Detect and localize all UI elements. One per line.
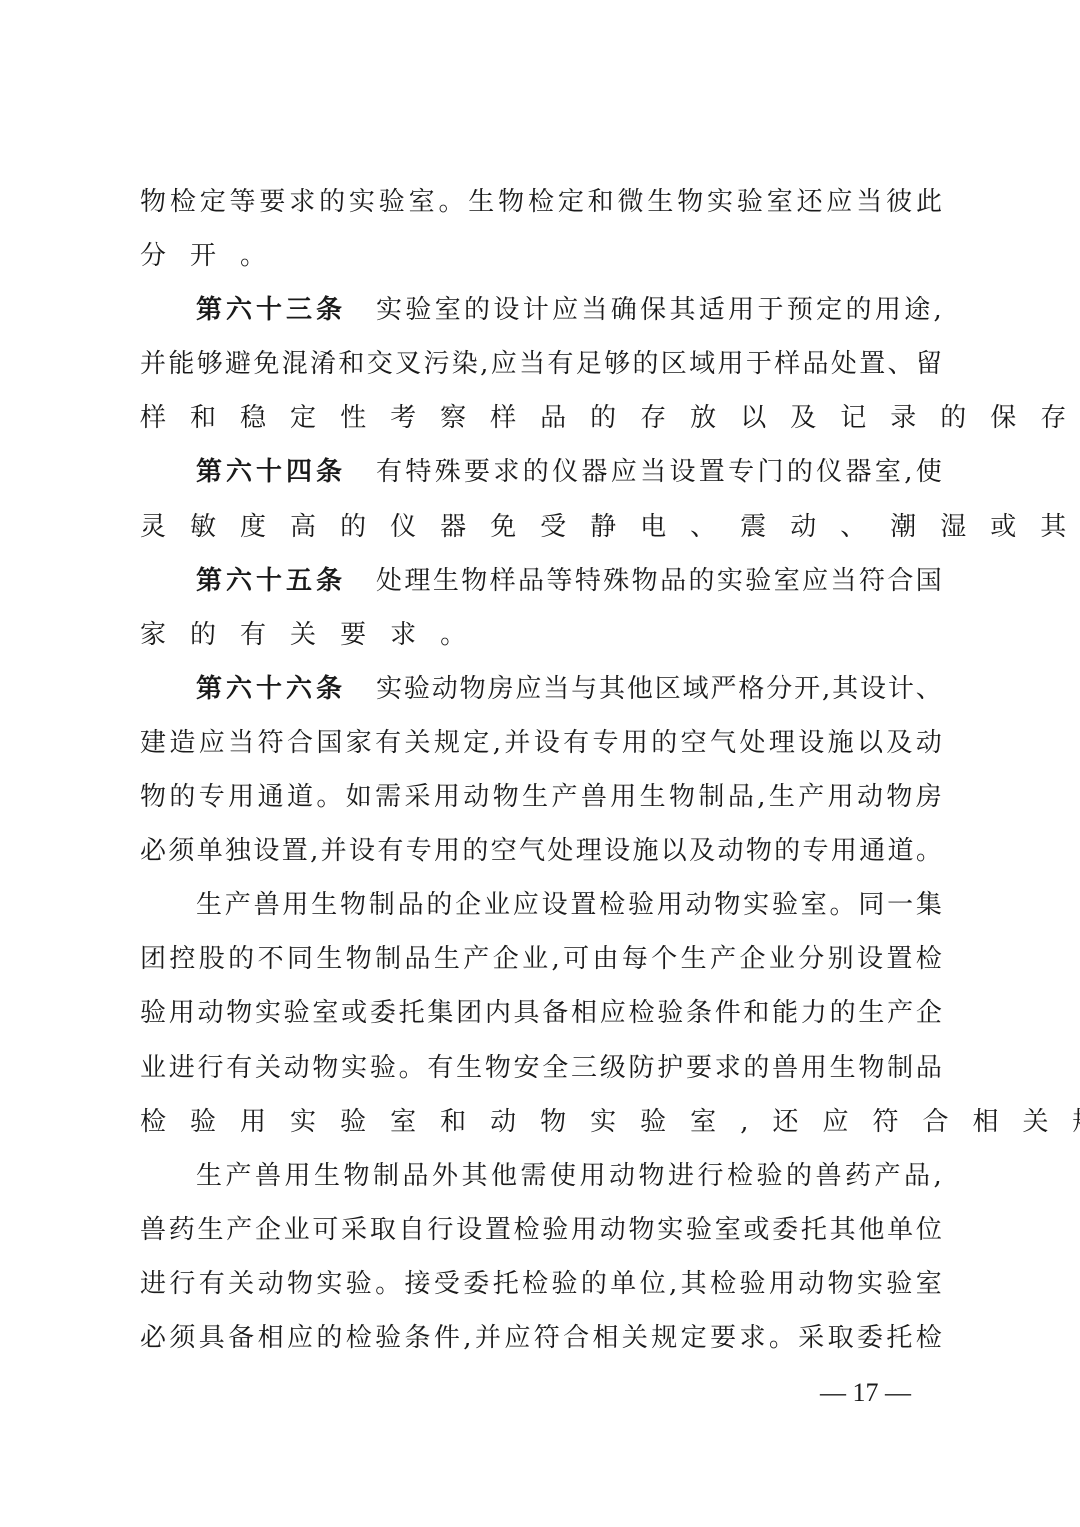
text-line: 业进行有关动物实验。有生物安全三级防护要求的兽用生物制品 bbox=[140, 1041, 942, 1095]
text-line: 家的有关要求。 bbox=[140, 608, 942, 662]
article-text: 实验室的设计应当确保其适用于预定的用途, bbox=[376, 283, 942, 337]
text-line: 进行有关动物实验。接受委托检验的单位,其检验用动物实验室 bbox=[140, 1257, 942, 1311]
article-number: 第六十四条 bbox=[196, 445, 346, 499]
text-line: 物检定等要求的实验室。生物检定和微生物实验室还应当彼此 bbox=[140, 175, 942, 229]
article-heading-line: 第六十四条有特殊要求的仪器应当设置专门的仪器室,使 bbox=[140, 445, 942, 499]
text-line: 建造应当符合国家有关规定,并设有专用的空气处理设施以及动 bbox=[140, 716, 942, 770]
text-line: 样和稳定性考察样品的存放以及记录的保存。 bbox=[140, 391, 942, 445]
article-number: 第六十五条 bbox=[196, 554, 346, 608]
text-line: 检验用实验室和动物实验室,还应符合相关规定。 bbox=[140, 1095, 942, 1149]
article-text: 实验动物房应当与其他区域严格分开,其设计、 bbox=[376, 662, 942, 716]
article-text: 有特殊要求的仪器应当设置专门的仪器室,使 bbox=[376, 445, 942, 499]
text-line: 团控股的不同生物制品生产企业,可由每个生产企业分别设置检 bbox=[140, 932, 942, 986]
text-line: 灵敏度高的仪器免受静电、震动、潮湿或其他外界因素的干扰。 bbox=[140, 500, 942, 554]
text-line: 验用动物实验室或委托集团内具备相应检验条件和能力的生产企 bbox=[140, 986, 942, 1040]
article-text: 处理生物样品等特殊物品的实验室应当符合国 bbox=[376, 554, 942, 608]
text-line: 分开。 bbox=[140, 229, 942, 283]
text-line: 必须单独设置,并设有专用的空气处理设施以及动物的专用通道。 bbox=[140, 824, 942, 878]
text-line: 生产兽用生物制品外其他需使用动物进行检验的兽药产品, bbox=[140, 1149, 942, 1203]
text-line: 物的专用通道。如需采用动物生产兽用生物制品,生产用动物房 bbox=[140, 770, 942, 824]
text-line: 兽药生产企业可采取自行设置检验用动物实验室或委托其他单位 bbox=[140, 1203, 942, 1257]
document-body: 物检定等要求的实验室。生物检定和微生物实验室还应当彼此分开。第六十三条实验室的设… bbox=[140, 175, 942, 1365]
article-number: 第六十三条 bbox=[196, 283, 346, 337]
article-number: 第六十六条 bbox=[196, 662, 346, 716]
article-heading-line: 第六十六条实验动物房应当与其他区域严格分开,其设计、 bbox=[140, 662, 942, 716]
article-heading-line: 第六十三条实验室的设计应当确保其适用于预定的用途, bbox=[140, 283, 942, 337]
text-line: 并能够避免混淆和交叉污染,应当有足够的区域用于样品处置、留 bbox=[140, 337, 942, 391]
page-number: — 17 — bbox=[820, 1378, 911, 1408]
text-line: 必须具备相应的检验条件,并应符合相关规定要求。采取委托检 bbox=[140, 1311, 942, 1365]
text-line: 生产兽用生物制品的企业应设置检验用动物实验室。同一集 bbox=[140, 878, 942, 932]
article-heading-line: 第六十五条处理生物样品等特殊物品的实验室应当符合国 bbox=[140, 554, 942, 608]
